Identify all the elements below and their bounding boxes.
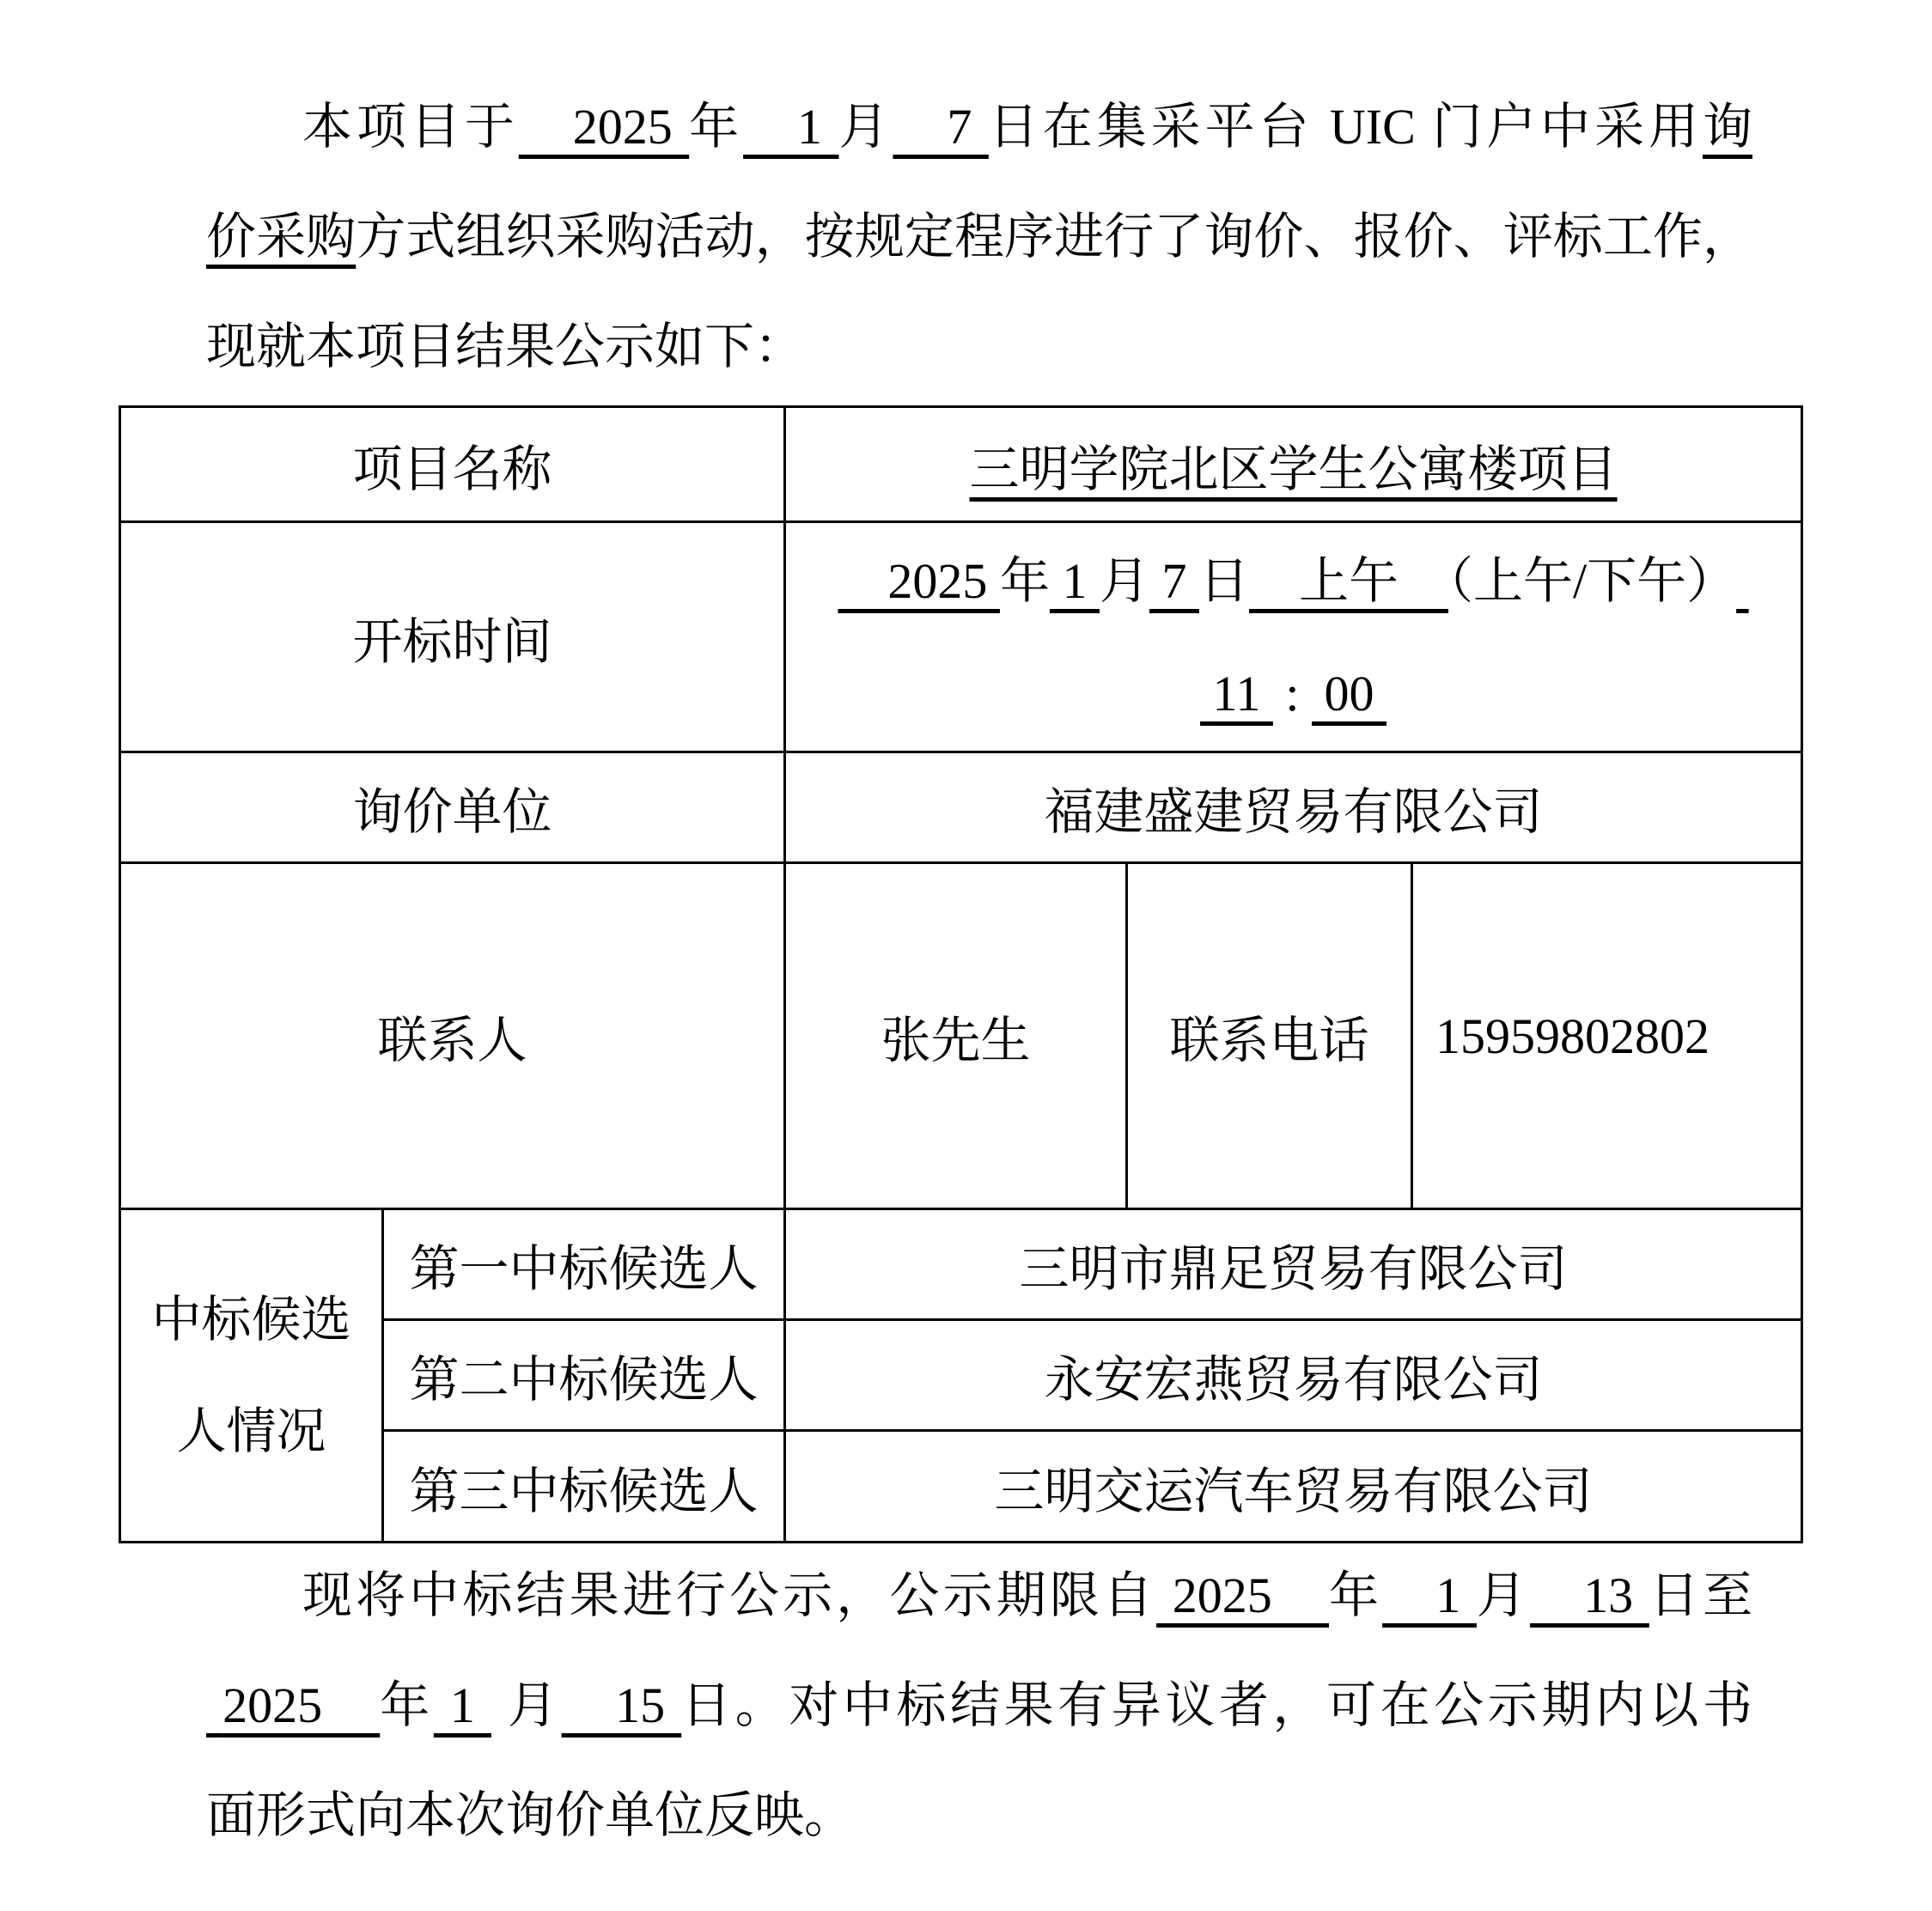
candidate-row-1: 中标候选 人情况 第一中标候选人 三明市鼎足贸易有限公司 — [120, 1209, 1802, 1320]
underlined-text-segment: 三明学院北区学生公寓楼项目 — [970, 441, 1618, 497]
text-segment: 年 — [1000, 553, 1050, 609]
inquiry-unit-label: 询价单位 — [120, 752, 785, 863]
project-name-label: 项目名称 — [120, 407, 785, 522]
underlined-text-segment: 价采购 — [206, 209, 356, 265]
bid-open-clock-line: 11 : 00 — [786, 637, 1801, 750]
text-segment: 现将中标结果进行公示，公示期限自 — [302, 1567, 1156, 1623]
row-project-name: 项目名称 三明学院北区学生公寓楼项目 — [120, 407, 1802, 522]
underlined-text-segment: 2025 — [838, 553, 1000, 609]
contact-phone-label: 联系电话 — [1127, 863, 1412, 1209]
candidate-3-value: 三明交运汽车贸易有限公司 — [785, 1431, 1802, 1543]
text-segment: 方式组织采购活动，按规定程序进行了询价、报价、评标工作， — [356, 209, 1752, 265]
row-bid-open-time: 开标时间 2025 年 1 月 7 日 上午 （上午/下午） 11 : 00 — [120, 522, 1802, 752]
underlined-text-segment: 11 — [1200, 666, 1273, 721]
opening-line-1: 本项目于 2025 年 1 月 7 日在集采平台 UIC 门户中采用询 — [206, 72, 1752, 182]
text-segment: 年 — [380, 1677, 434, 1733]
candidate-3-label: 第三中标候选人 — [383, 1431, 785, 1543]
underlined-text-segment: 1 — [743, 99, 838, 155]
closing-paragraph: 现将中标结果进行公示，公示期限自 2025 年 1 月 13 日至 2025 年… — [206, 1541, 1752, 1871]
underlined-text-segment: 7 — [1149, 553, 1199, 609]
candidates-group-label-line1: 中标候选 — [121, 1264, 381, 1376]
text-segment: 现就本项目结果公示如下： — [206, 319, 804, 374]
underlined-text-segment: 询 — [1703, 99, 1752, 155]
contact-person: 张先生 — [785, 863, 1127, 1209]
underlined-text-segment: 1 — [1050, 553, 1100, 609]
text-segment: 日。对中标结果有异议者，可在公示期内以书 — [681, 1677, 1752, 1733]
underlined-text-segment: 15 — [562, 1677, 682, 1733]
candidate-2-label: 第二中标候选人 — [383, 1320, 785, 1431]
bid-open-date-line: 2025 年 1 月 7 日 上午 （上午/下午） — [786, 525, 1801, 637]
text-segment: 月 — [1100, 553, 1149, 609]
text-segment: 日 — [1199, 553, 1249, 609]
opening-paragraph: 本项目于 2025 年 1 月 7 日在集采平台 UIC 门户中采用询 价采购方… — [206, 72, 1752, 402]
bid-open-time-label: 开标时间 — [120, 522, 785, 752]
text-segment: 月 — [491, 1677, 562, 1733]
closing-line-1: 现将中标结果进行公示，公示期限自 2025 年 1 月 13 日至 — [206, 1541, 1752, 1651]
contact-phone-number: 15959802802 — [1412, 863, 1802, 1209]
row-inquiry-unit: 询价单位 福建盛建贸易有限公司 — [120, 752, 1802, 863]
underlined-text-segment: 1 — [434, 1677, 491, 1733]
underlined-text-segment: 1 — [1382, 1567, 1477, 1623]
candidates-group-label-line2: 人情况 — [121, 1376, 381, 1488]
text-segment: 本项目于 — [302, 99, 519, 155]
text-segment: 月 — [1477, 1567, 1530, 1623]
bid-open-time-value: 2025 年 1 月 7 日 上午 （上午/下午） 11 : 00 — [785, 522, 1802, 752]
underlined-text-segment: 2025 — [206, 1677, 380, 1733]
closing-line-2: 2025 年 1 月 15 日。对中标结果有异议者，可在公示期内以书 — [206, 1651, 1752, 1761]
underlined-text-segment: 2025 — [1156, 1567, 1329, 1623]
underlined-text-segment — [1736, 553, 1749, 609]
text-segment: : — [1273, 666, 1312, 721]
text-segment: 年 — [689, 99, 743, 155]
contact-label: 联系人 — [120, 863, 785, 1209]
candidate-1-label: 第一中标候选人 — [383, 1209, 785, 1320]
underlined-text-segment: 上午 — [1249, 553, 1448, 609]
underlined-text-segment: 2025 — [519, 99, 689, 155]
inquiry-unit-value: 福建盛建贸易有限公司 — [785, 752, 1802, 863]
candidates-group-label: 中标候选 人情况 — [120, 1209, 383, 1543]
bid-result-table: 项目名称 三明学院北区学生公寓楼项目 开标时间 2025 年 1 月 7 日 上… — [119, 405, 1803, 1543]
text-segment: 面形式向本次询价单位反映。 — [206, 1787, 854, 1843]
text-segment: （上午/下午） — [1448, 553, 1736, 609]
project-name-value: 三明学院北区学生公寓楼项目 — [785, 407, 1802, 522]
closing-line-3: 面形式向本次询价单位反映。 — [206, 1761, 1752, 1871]
candidate-2-value: 永安宏燕贸易有限公司 — [785, 1320, 1802, 1431]
text-segment: 年 — [1329, 1567, 1382, 1623]
text-segment: 日在集采平台 UIC 门户中采用 — [989, 99, 1703, 155]
underlined-text-segment: 7 — [893, 99, 988, 155]
row-contact: 联系人 张先生 联系电话 15959802802 — [120, 863, 1802, 1209]
document-page: 本项目于 2025 年 1 月 7 日在集采平台 UIC 门户中采用询 价采购方… — [0, 0, 1932, 1911]
candidate-1-value: 三明市鼎足贸易有限公司 — [785, 1209, 1802, 1320]
text-segment: 日至 — [1649, 1567, 1752, 1623]
opening-line-3: 现就本项目结果公示如下： — [206, 292, 1752, 402]
text-segment: 月 — [839, 99, 893, 155]
underlined-text-segment: 13 — [1530, 1567, 1649, 1623]
opening-line-2: 价采购方式组织采购活动，按规定程序进行了询价、报价、评标工作， — [206, 182, 1752, 292]
underlined-text-segment: 00 — [1312, 666, 1387, 721]
